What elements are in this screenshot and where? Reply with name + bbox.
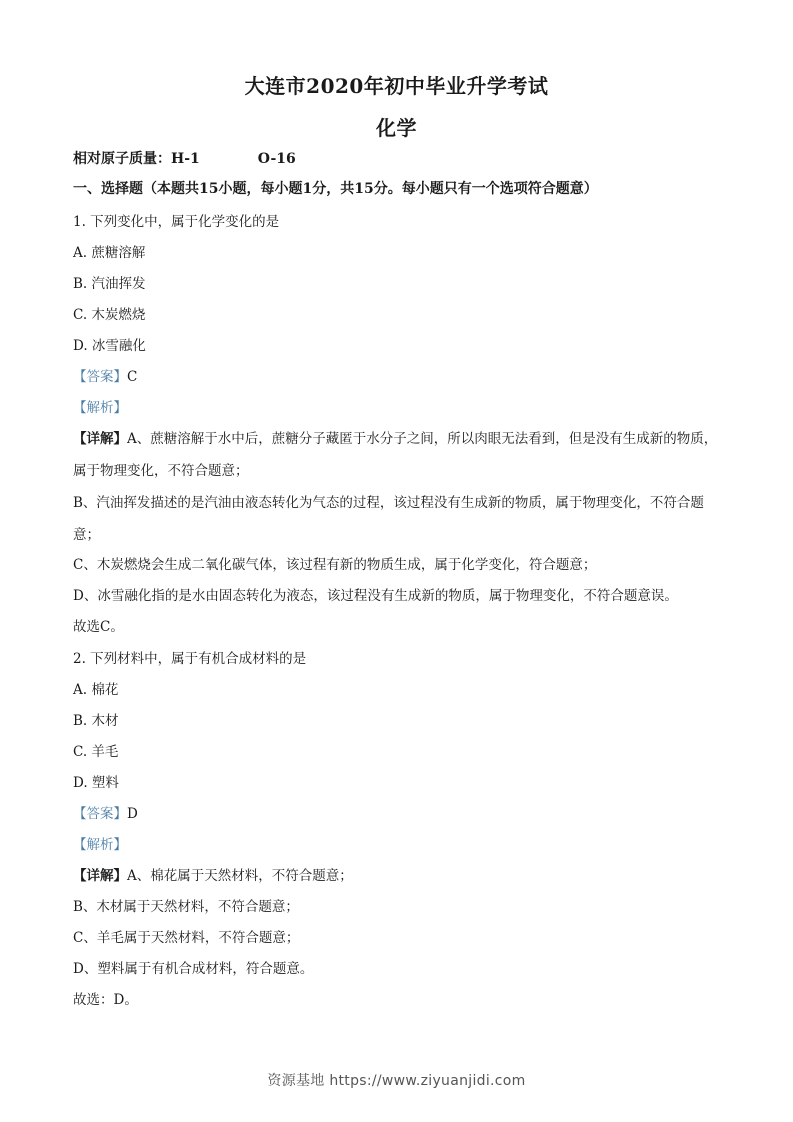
question-2-stem: 2. 下列材料中，属于有机合成材料的是 — [73, 650, 306, 668]
question-2-detail-line-4: D、塑料属于有机合成材料，符合题意。 — [73, 960, 313, 978]
document-page: 大连市2020年初中毕业升学考试 化学 相对原子质量：H-1O-16 一、选择题… — [0, 0, 793, 1122]
question-1-option-d: D. 冰雪融化 — [73, 337, 146, 355]
question-2-answer: 【答案】D — [73, 805, 138, 823]
question-1-detail-line-2: 属于物理变化，不符合题意； — [73, 462, 249, 480]
question-1-option-b: B. 汽油挥发 — [73, 275, 146, 293]
answer-value: C — [127, 369, 137, 385]
exam-title: 大连市2020年初中毕业升学考试 — [0, 70, 793, 99]
question-2-option-b: B. 木材 — [73, 712, 119, 730]
question-1-analysis-tag: 【解析】 — [73, 399, 127, 417]
question-2-option-d: D. 塑料 — [73, 774, 119, 792]
detail-tag: 【详解】 — [73, 868, 127, 884]
question-1-option-a: A. 蔗糖溶解 — [73, 244, 145, 262]
question-1-conclusion: 故选C。 — [73, 618, 124, 636]
question-2-option-a: A. 棉花 — [73, 681, 118, 699]
question-1-detail-line-5: C、木炭燃烧会生成二氧化碳气体，该过程有新的物质生成，属于化学变化，符合题意； — [73, 556, 596, 574]
question-2-detail-line-2: B、木材属于天然材料，不符合题意； — [73, 898, 299, 916]
answer-tag: 【答案】 — [73, 369, 127, 385]
detail-tag: 【详解】 — [73, 431, 127, 447]
question-2-detail-line-1: 【详解】A、棉花属于天然材料，不符合题意； — [73, 867, 353, 885]
question-1-detail-line-6: D、冰雪融化指的是水由固态转化为液态，该过程没有生成新的物质，属于物理变化，不符… — [73, 587, 678, 605]
footer-watermark: 资源基地 https://www.ziyuanjidi.com — [0, 1070, 793, 1090]
detail-text: A、棉花属于天然材料，不符合题意； — [127, 868, 353, 884]
question-1-detail-line-4: 意； — [73, 526, 100, 544]
atomic-mass-o: O-16 — [258, 151, 296, 167]
section-heading: 一、选择题（本题共15小题，每小题1分，共15分。每小题只有一个选项符合题意） — [73, 180, 598, 198]
question-2-analysis-tag: 【解析】 — [73, 836, 127, 854]
subject-title: 化学 — [0, 112, 793, 141]
answer-tag: 【答案】 — [73, 806, 127, 822]
atomic-mass-h: 相对原子质量：H-1 — [73, 151, 200, 167]
question-1-option-c: C. 木炭燃烧 — [73, 306, 145, 324]
detail-text: A、蔗糖溶解于水中后，蔗糖分子藏匿于水分子之间，所以肉眼无法看到，但是没有生成新… — [127, 431, 717, 447]
question-1-detail-line-1: 【详解】A、蔗糖溶解于水中后，蔗糖分子藏匿于水分子之间，所以肉眼无法看到，但是没… — [73, 430, 717, 448]
question-1-answer: 【答案】C — [73, 368, 137, 386]
question-1-stem: 1. 下列变化中，属于化学变化的是 — [73, 213, 279, 231]
atomic-mass-line: 相对原子质量：H-1O-16 — [73, 150, 296, 168]
question-2-option-c: C. 羊毛 — [73, 743, 118, 761]
question-1-detail-line-3: B、汽油挥发描述的是汽油由液态转化为气态的过程，该过程没有生成新的物质，属于物理… — [73, 494, 704, 512]
answer-value: D — [127, 806, 138, 822]
question-2-detail-line-3: C、羊毛属于天然材料，不符合题意； — [73, 929, 299, 947]
question-2-conclusion: 故选：D。 — [73, 991, 138, 1009]
